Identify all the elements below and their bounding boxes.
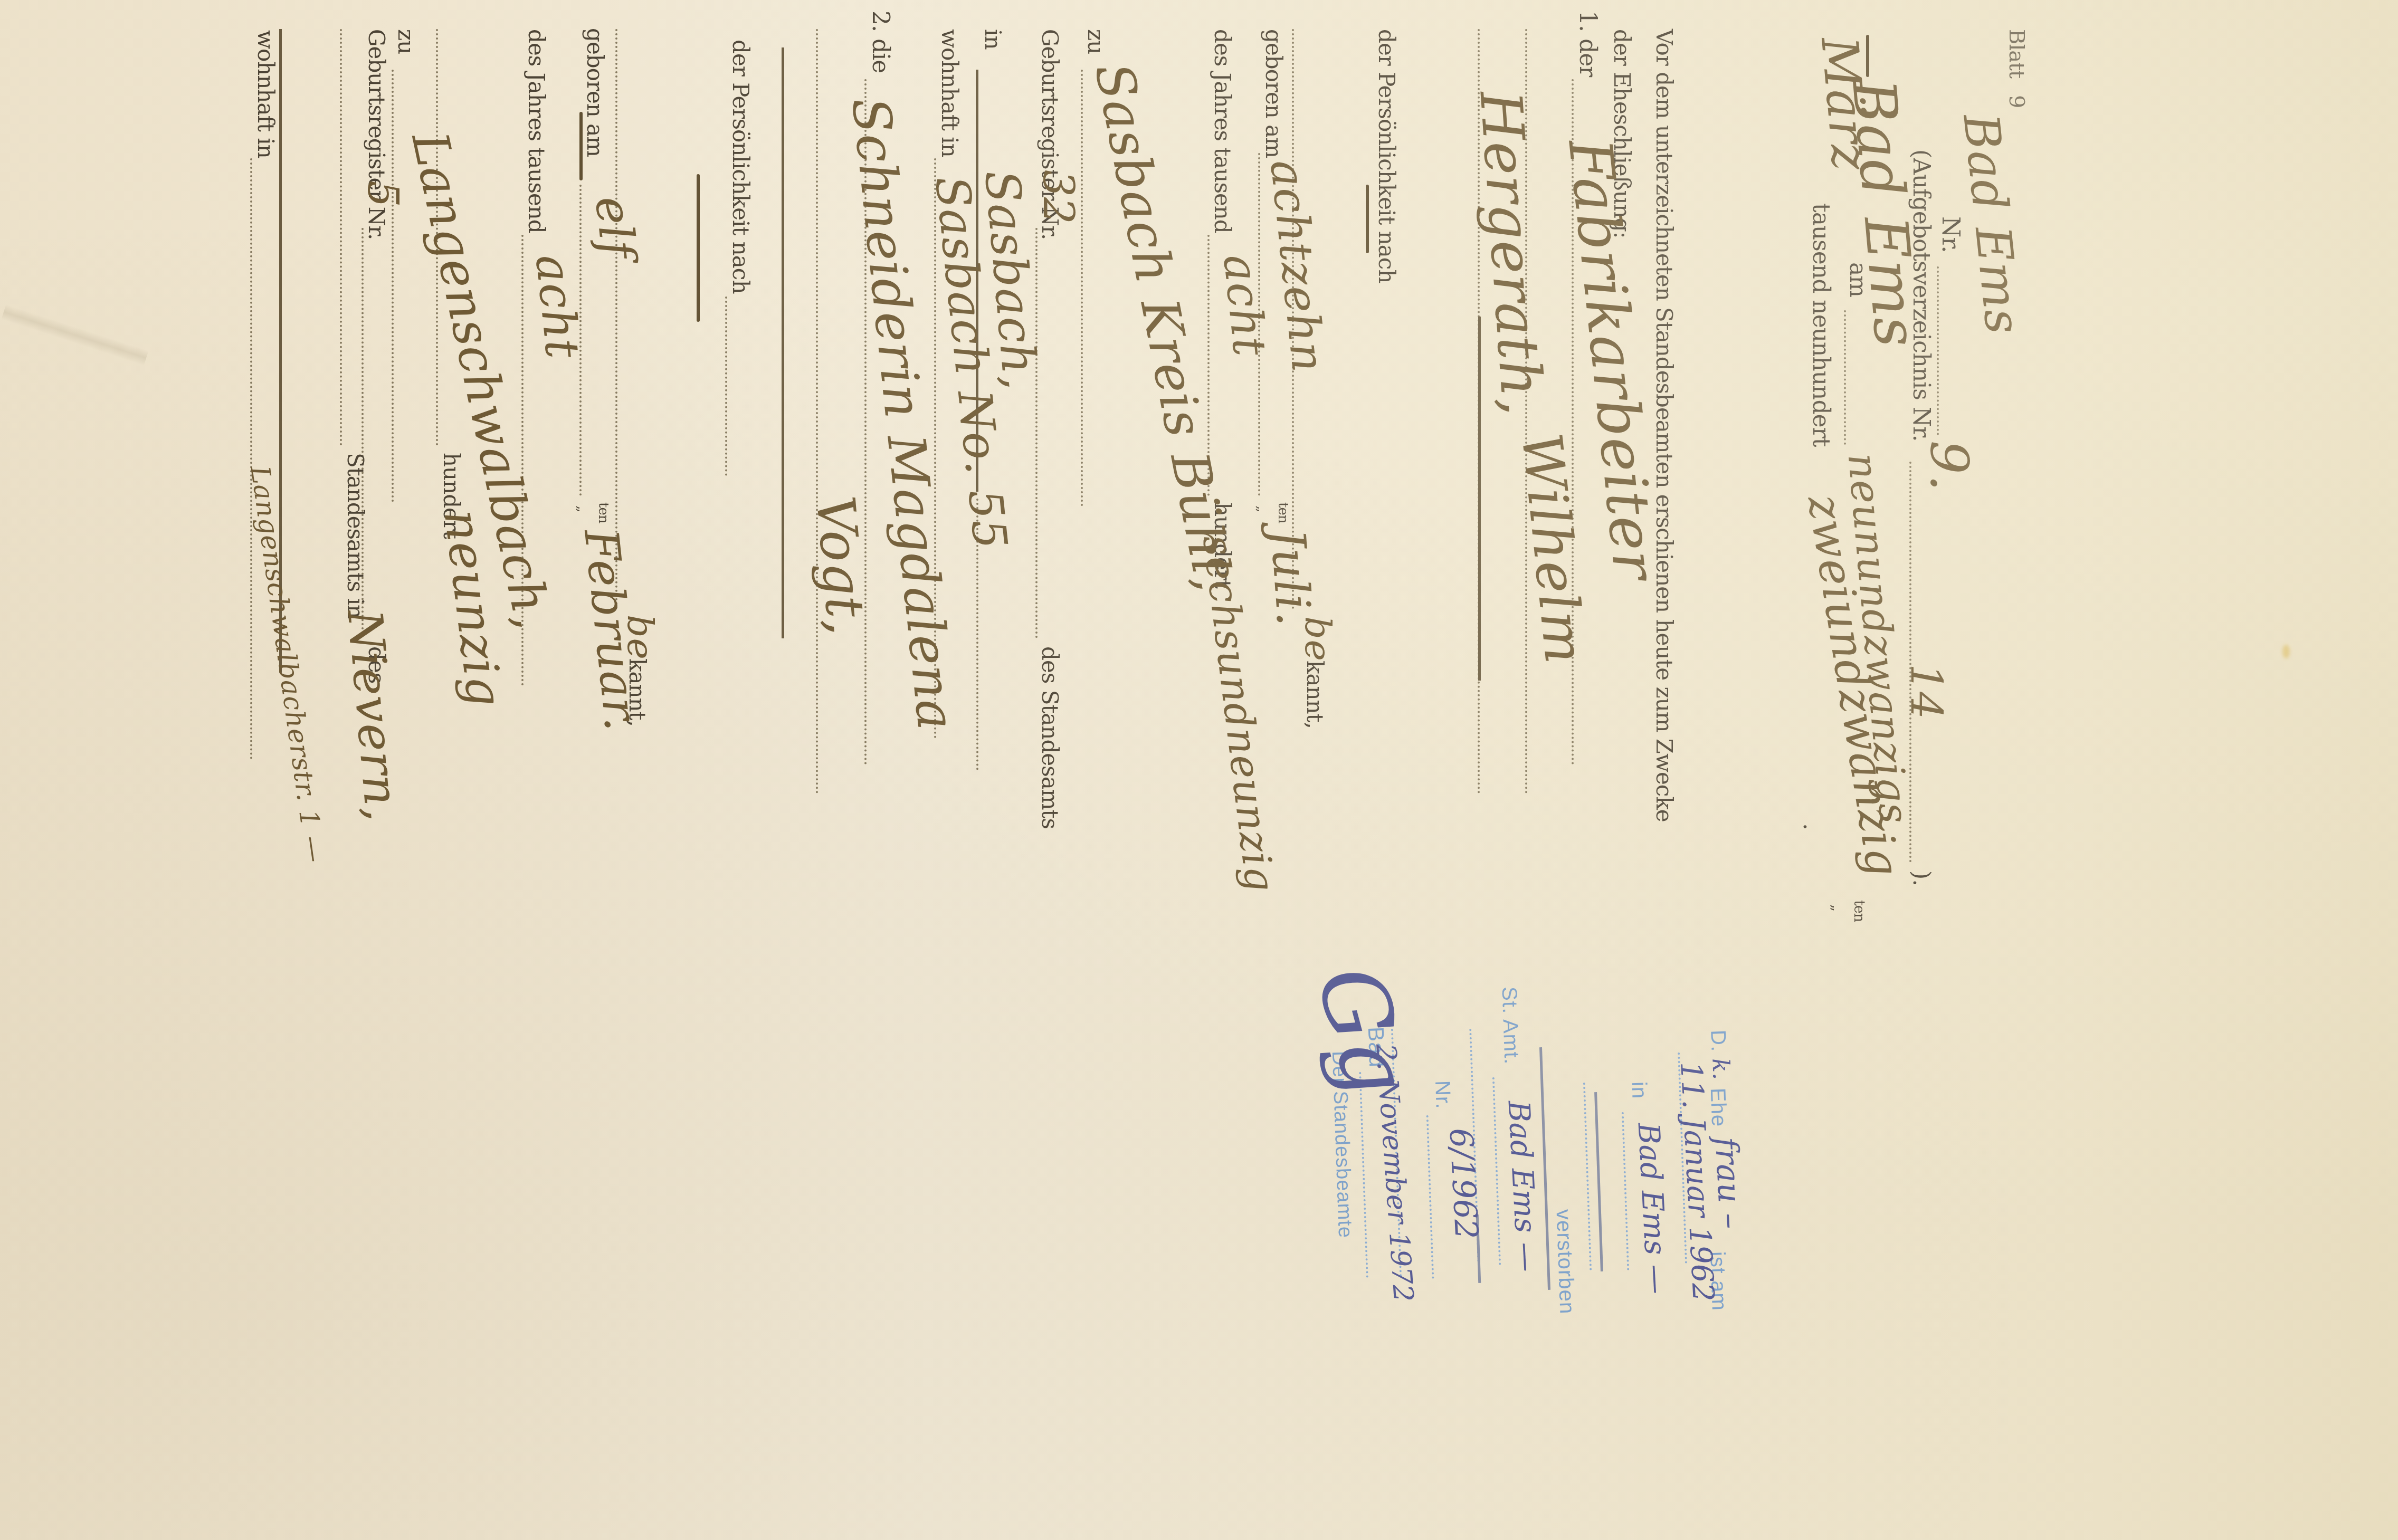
scanned-document: Blatt9Bad EmsNr.9.(Aufgebotsverzeichnis … (0, 0, 2398, 1540)
groom-born-line-text-4: „ (1254, 505, 1270, 512)
stamp-line-12-text-1: Gg (1296, 955, 1431, 1107)
groom-name-line-1-leader-1 (1572, 79, 1574, 765)
groom-year-line-text-0: des Jahres tausend (1210, 29, 1235, 233)
groom-born-line-text-5: Juli. (1260, 527, 1322, 628)
groom-year-line-leader-1 (1207, 235, 1210, 496)
groom-bekannt-line-leader-0 (1292, 29, 1294, 609)
paper-stain (2282, 645, 2290, 658)
groom-birthplace-line-text-2: Sasbach Kreis Bühl, (1083, 58, 1244, 596)
stamp-line-7-text-0: St. Amt. (1497, 986, 1523, 1065)
groom-residence-line-text-2: Sasbach No. 55 (925, 174, 1018, 552)
groom-registry-office-line-rule-1 (976, 70, 978, 492)
bride-register-line-text-3: des (364, 646, 389, 683)
bride-blank-rule-rule-0 (279, 29, 282, 673)
stamp-line-6-grayrule-0 (1539, 1047, 1550, 1290)
stamp-line-5-text-0: verstorben (1552, 1209, 1579, 1314)
stamp-line-2-text-1: 11. Januar 1962 (1673, 1061, 1720, 1303)
bride-born-line-text-6: Februar. (574, 527, 649, 734)
stamp-line-9-text-0: Nr. (1430, 1080, 1455, 1109)
stamp-line-9-stampdots-1 (1426, 1115, 1434, 1279)
groom-birthplace-line-leader-1 (1081, 70, 1083, 506)
aufgebot-line-text-3: ). (1908, 871, 1935, 886)
groom-born-line-text-3: ten (1275, 502, 1291, 523)
registry-form-page: Blatt9Bad EmsNr.9.(Aufgebotsverzeichnis … (0, 0, 2398, 1540)
aufgebot-line-text-1: 14 (1900, 664, 1950, 720)
groom-year-line-text-2: acht (1213, 252, 1276, 359)
groom-register-line-text-0: Geburtsregister Nr. (1037, 29, 1063, 240)
stamp-line-3-text-2: Bad Ems — (1631, 1122, 1674, 1295)
bride-born-line-text-5: „ (574, 505, 590, 512)
bride-bekannt-line-text-2: kannt, (624, 658, 650, 726)
groom-name-line-2-leader-0 (1525, 29, 1527, 794)
month-year-line-text-3: . (1798, 823, 1825, 830)
aufgebot-line-leader-2 (1909, 462, 1911, 863)
bride-year-line-2-text-2: neunzig (433, 506, 513, 710)
groom-residence-line-leader-1 (934, 158, 936, 739)
groom-name-line-3-text-2: Hergerath, (1467, 89, 1556, 417)
groom-registry-office-line-text-2: Sasbach, (974, 168, 1048, 392)
bride-born-line-inkrule-1 (579, 112, 583, 180)
bride-registry-office-line-leader-0 (340, 29, 342, 446)
bride-year-line-text-0: des Jahres tausend (524, 29, 549, 233)
bride-register-line-text-1: 5 (358, 180, 407, 208)
place-date-line-text-1: Bad Ems (1839, 76, 1930, 350)
bride-residence-line-text-0: wohnhaft in (253, 30, 279, 158)
groom-register-line-leader-2 (1035, 228, 1038, 638)
stamp-line-3-stampdots-1 (1622, 1112, 1629, 1270)
month-year-line-text-2: zweiundzwanzig (1797, 492, 1909, 881)
bride-year-line-2-leader-0 (436, 29, 438, 446)
stamp-line-3-text-0: in (1626, 1081, 1651, 1099)
groom-born-line-leader-1 (1258, 153, 1260, 496)
groom-identity-line-inkrule-1 (1366, 185, 1369, 253)
stamp-line-2-stampdots-0 (1678, 1053, 1687, 1264)
stamp-line-7-stampdots-1 (1492, 1077, 1501, 1265)
stamp-line-1-text-0: D. (1706, 1029, 1730, 1053)
bride-residence-line-text-2: Langenschwalbacherstr. 1 — (244, 464, 330, 865)
bride-year-line-leader-1 (521, 235, 524, 686)
groom-birthplace-line-text-0: zu (1083, 29, 1109, 54)
aufgebot-line-text-0: (Aufgebotsverzeichnis Nr. (1908, 149, 1935, 442)
bride-name-line-1-text-0: 2. die (867, 11, 894, 73)
stamp-line-8-stampdots-0 (1469, 1029, 1480, 1266)
stamp-line-8-grayrule-1 (1476, 1214, 1481, 1283)
bride-year-line-text-2: acht (525, 252, 590, 361)
bride-register-line-leader-2 (361, 228, 364, 634)
groom-name-line-1-text-2: Fabrikarbeiter (1555, 136, 1670, 584)
groom-register-line-text-3: des Standesamts (1037, 646, 1063, 829)
place-date-line-leader-3 (1844, 310, 1846, 445)
bride-name-line-2-text-1: Vogt, (804, 493, 878, 637)
nr-line-text-2: 9. (1918, 441, 1980, 492)
groom-bekannt-line-text-2: kannt, (1302, 661, 1328, 729)
groom-bekannt-line-text-1: be (1297, 616, 1338, 662)
groom-name-line-2-text-1: Wilhelm (1509, 430, 1597, 667)
intro-line-1-text-0: Vor dem unterzeichneten Standesbeamten e… (1651, 29, 1677, 822)
stamp-line-11-text-2: 2. November 1972 (1369, 1043, 1419, 1303)
bride-name-line-1-leader-1 (864, 79, 867, 765)
groom-born-line-text-0: geboren am (1261, 29, 1287, 158)
bride-register-line-text-0: Geburtsregister Nr. (364, 29, 389, 240)
stamp-line-1-text-1: k. (1707, 1058, 1734, 1080)
groom-registry-office-line-text-0: in (980, 29, 1006, 49)
stamp-line-10-stampdots-0 (1391, 1029, 1402, 1277)
groom-register-line-text-1: 32 (1034, 170, 1083, 225)
bride-identity-line-leader-1 (725, 296, 727, 476)
bride-born-line-text-4: ten (595, 502, 611, 523)
bride-identity-line-inkrule-2 (697, 174, 700, 322)
bride-name-line-3-rule-0 (782, 47, 784, 638)
stamp-line-4-grayrule-1 (1594, 1092, 1603, 1271)
stamp-line-1-text-4: ist am (1705, 1251, 1731, 1311)
sheet-label-text-1: 9 (2004, 95, 2029, 108)
sheet-label-text-0: Blatt (2004, 29, 2029, 78)
stamp-line-9-text-2: 6/1962 (1442, 1127, 1485, 1240)
paper-crease (1, 304, 148, 366)
bride-birthplace-line-leader-1 (392, 70, 394, 502)
stamp-line-11-stampdots-1 (1359, 1072, 1368, 1278)
bride-bekannt-line-text-1: be (619, 615, 661, 660)
nr-line-text-0: Nr. (1937, 216, 1965, 253)
groom-year-line-text-4: sechsundneunzig (1194, 532, 1284, 895)
month-year-line-text-1: tausend neunhundert (1807, 203, 1834, 446)
bride-registry-office-line-text-1: Standesamts in (342, 453, 368, 618)
place-date-line-text-4: neunundzwanzigs (1839, 451, 1918, 826)
place-date-line-text-6: „ (1829, 904, 1845, 911)
annotation-place-text-0: Bad Ems (1952, 111, 2031, 337)
bride-born-line-text-3: elf (584, 194, 646, 262)
bride-bekannt-line-leader-0 (615, 29, 617, 609)
intro-line-2-text-0: der Eheschließung: (1609, 29, 1635, 238)
stamp-line-7-text-2: Bad Ems — (1501, 1100, 1545, 1273)
groom-identity-line-text-0: der Persönlichkeit nach (1374, 29, 1400, 283)
groom-name-line-3-leader-0 (1478, 29, 1480, 794)
bride-born-line-text-0: geboren am (582, 28, 608, 157)
bride-born-line-leader-2 (579, 185, 582, 496)
stamp-line-1-text-3: frau – (1707, 1136, 1749, 1230)
bride-name-line-2-leader-0 (816, 29, 818, 794)
bride-year-line-2-text-1: hundert (439, 453, 464, 539)
stamp-line-12-text-0: Der Standesbeamte (1327, 1050, 1356, 1238)
bride-residence-line-leader-1 (250, 158, 252, 760)
bride-name-line-1-text-2: Schneiderin Magdalena (840, 94, 966, 733)
groom-residence-line-text-0: wohnhaft in (937, 29, 963, 157)
bride-birthplace-line-text-0: zu (393, 29, 419, 54)
bride-identity-line-text-0: der Persönlichkeit nach (728, 40, 754, 293)
groom-year-line-text-3: hundert (1210, 502, 1235, 588)
groom-name-line-1-text-0: 1. der (1574, 11, 1601, 76)
month-year-line-text-0: März (1810, 35, 1879, 173)
place-date-line-inkrule-0 (1866, 35, 1869, 77)
bride-registry-office-line-text-2: Nievern, (337, 607, 411, 824)
place-date-line-text-2: am (1844, 262, 1871, 297)
groom-name-line-3-rule-1 (1478, 317, 1481, 681)
stamp-line-11-text-0: Bad (1363, 1026, 1390, 1068)
nr-line-leader-1 (1937, 266, 1939, 435)
groom-born-line-text-2: achtzehn (1260, 157, 1335, 375)
bride-birthplace-line-text-2: Langenschwalbach, (400, 127, 562, 634)
stamp-line-1-text-2: Ehe (1706, 1087, 1731, 1127)
place-date-line-text-5: ten (1851, 900, 1867, 922)
stamp-line-4-stampdots-0 (1583, 1083, 1592, 1270)
groom-registry-office-line-leader-3 (976, 499, 978, 770)
